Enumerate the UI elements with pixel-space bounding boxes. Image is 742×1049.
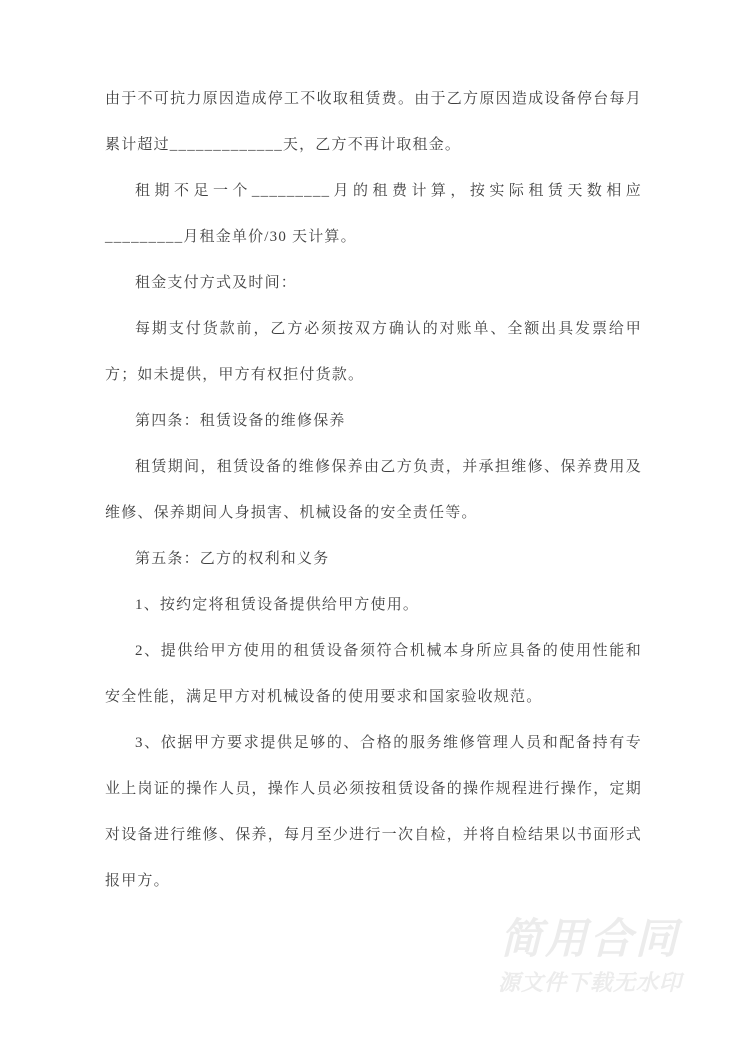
contract-list-item: 2、提供给甲方使用的租赁设备须符合机械本身所应具备的使用性能和安全性能，满足甲方… bbox=[105, 628, 642, 720]
watermark-title: 简用合同 bbox=[498, 918, 682, 960]
contract-paragraph: 每期支付货款前，乙方必须按双方确认的对账单、全额出具发票给甲方；如未提供，甲方有… bbox=[105, 306, 642, 398]
contract-paragraph: 由于不可抗力原因造成停工不收取租赁费。由于乙方原因造成设备停台每月累计超过___… bbox=[105, 76, 642, 168]
contract-clause-heading: 第四条：租赁设备的维修保养 bbox=[105, 398, 642, 444]
contract-clause-heading: 第五条：乙方的权利和义务 bbox=[105, 536, 642, 582]
contract-body: 由于不可抗力原因造成停工不收取租赁费。由于乙方原因造成设备停台每月累计超过___… bbox=[105, 76, 642, 904]
contract-list-item: 1、按约定将租赁设备提供给甲方使用。 bbox=[105, 582, 642, 628]
contract-list-item: 3、依据甲方要求提供足够的、合格的服务维修管理人员和配备持有专业上岗证的操作人员… bbox=[105, 720, 642, 904]
contract-paragraph: 租金支付方式及时间： bbox=[105, 260, 642, 306]
site-watermark: 简用合同 源文件下载无水印 bbox=[498, 918, 682, 994]
watermark-subtitle: 源文件下载无水印 bbox=[498, 972, 682, 994]
contract-paragraph: 租期不足一个_________月的租费计算，按实际租赁天数相应_________… bbox=[105, 168, 642, 260]
contract-document-page: 由于不可抗力原因造成停工不收取租赁费。由于乙方原因造成设备停台每月累计超过___… bbox=[0, 0, 742, 1049]
contract-paragraph: 租赁期间，租赁设备的维修保养由乙方负责，并承担维修、保养费用及维修、保养期间人身… bbox=[105, 444, 642, 536]
